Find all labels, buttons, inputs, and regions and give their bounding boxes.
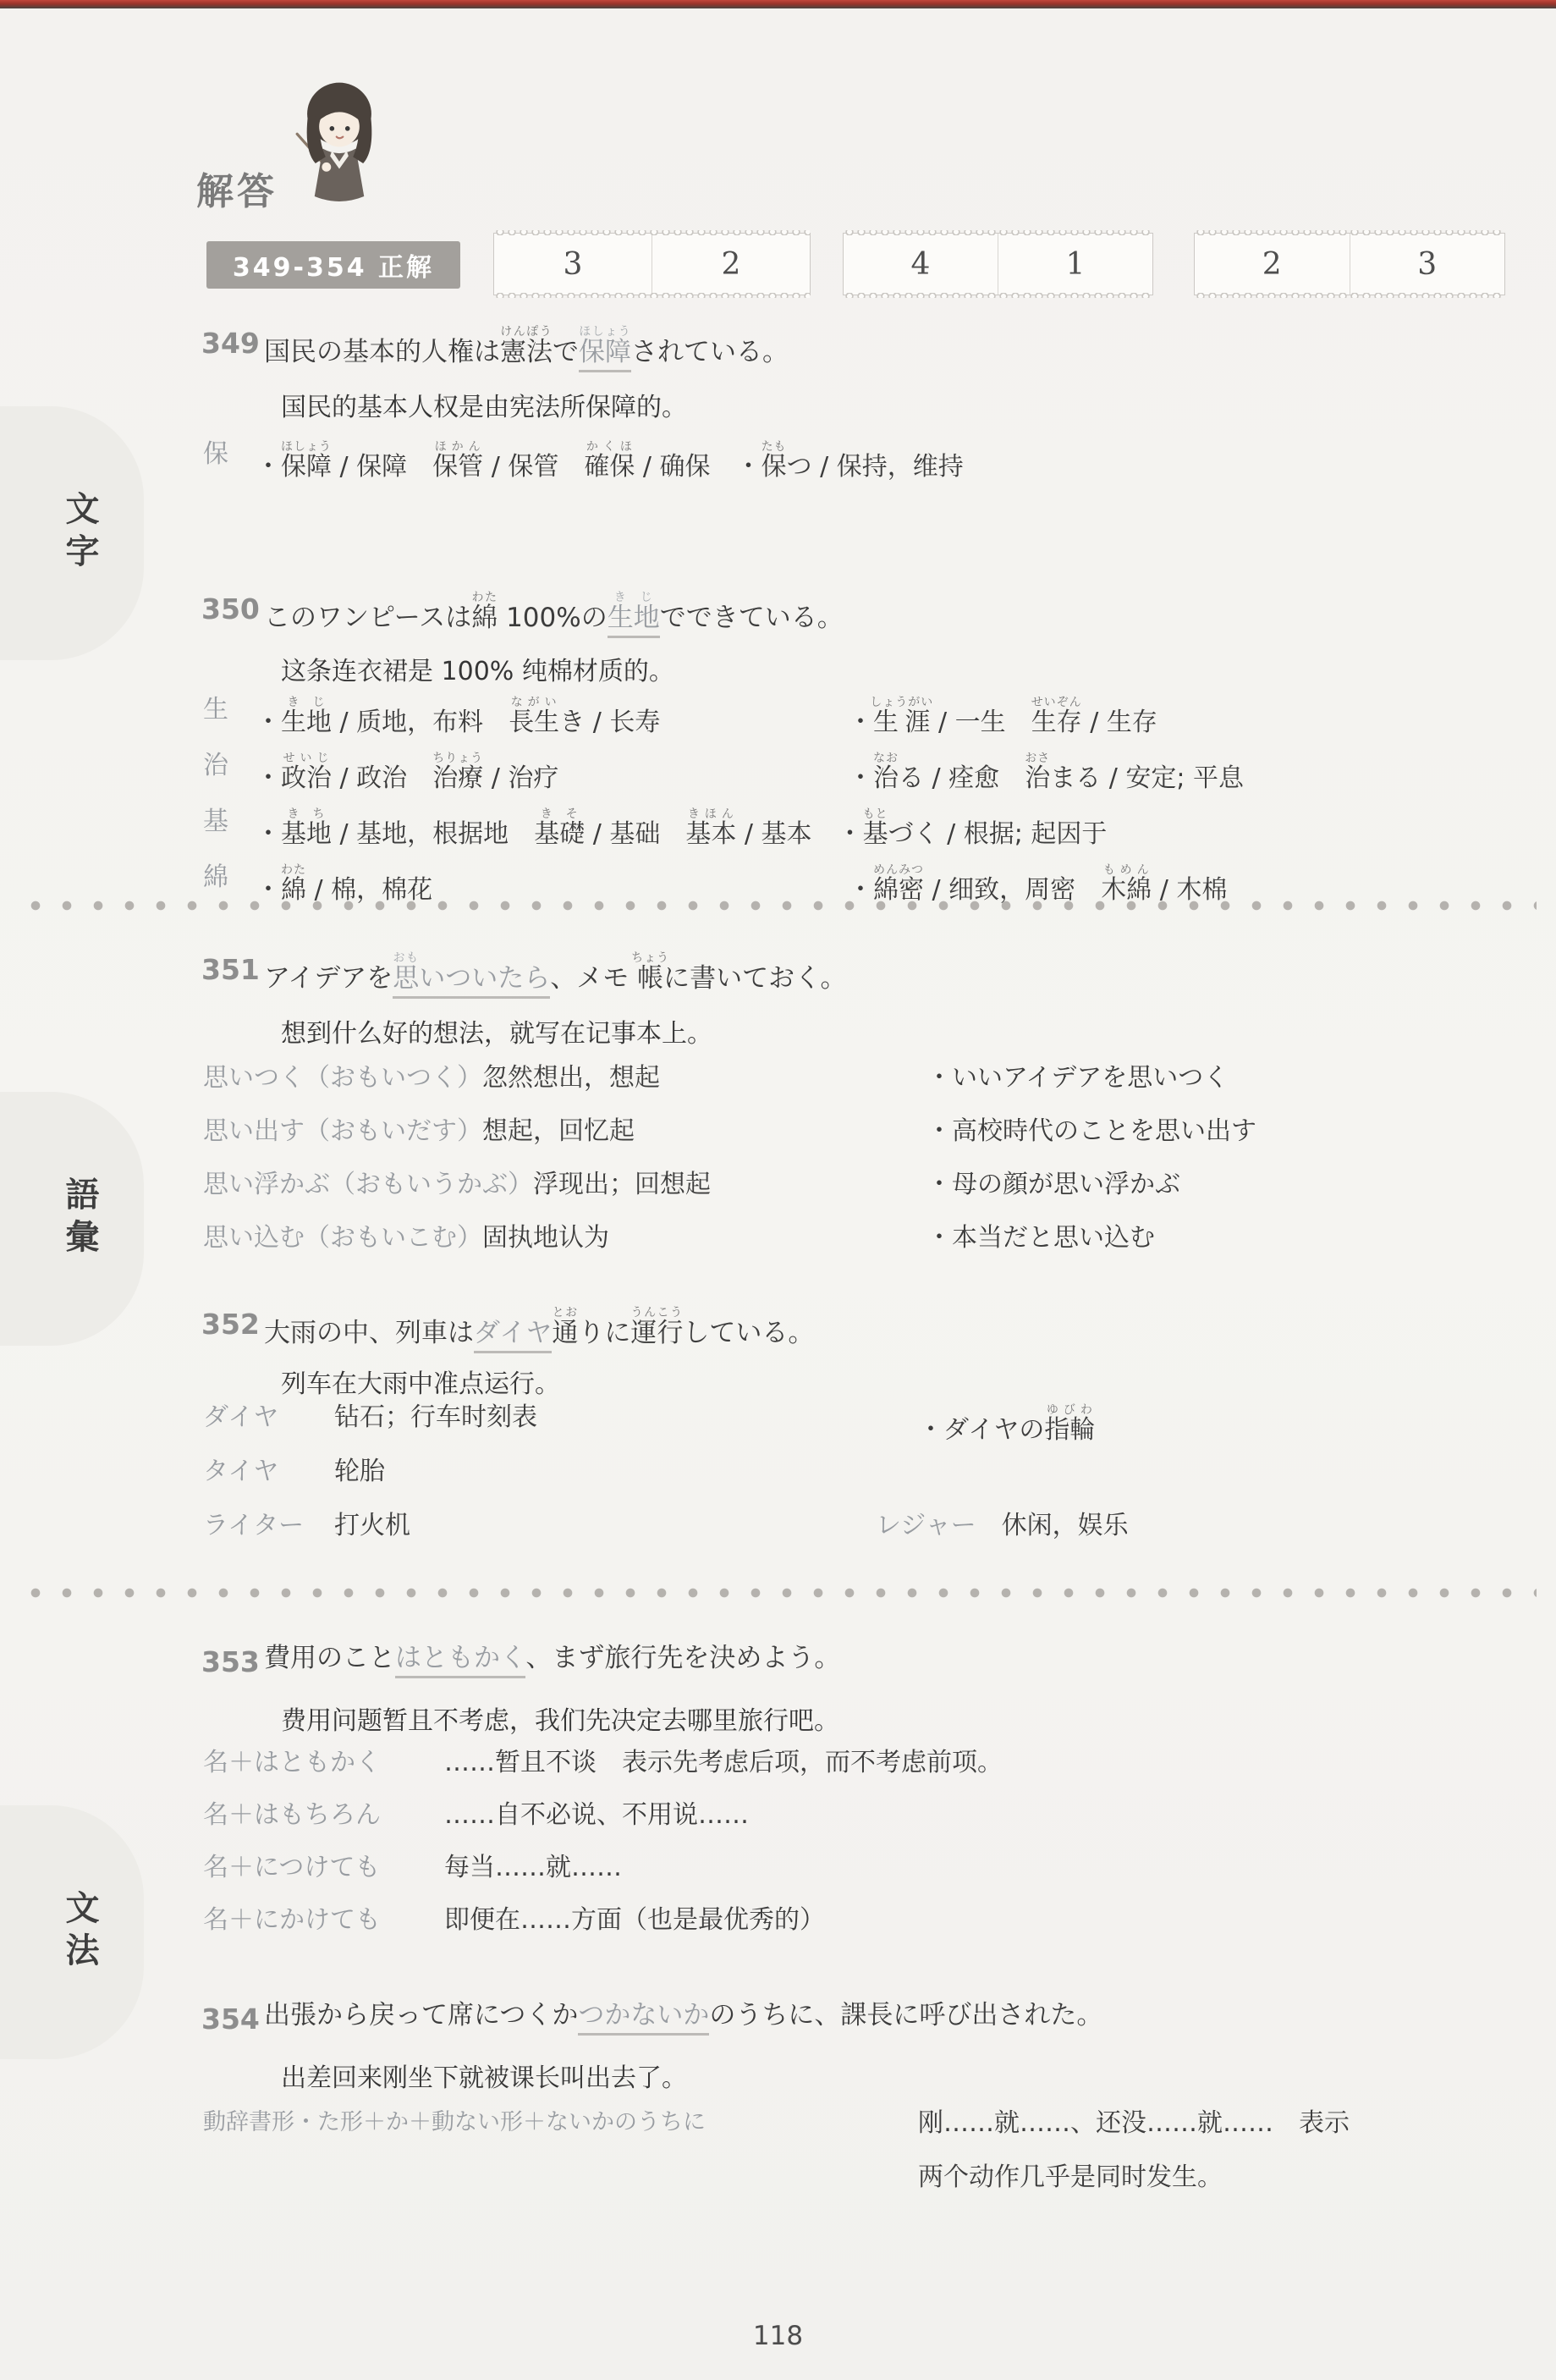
text-segment: りに	[578, 1318, 630, 1348]
text-segment: 基地きち	[281, 819, 332, 849]
text-segment: 治なお	[873, 763, 899, 793]
text-segment: 两个动作几乎是同时发生。	[918, 2162, 1223, 2192]
row-right: ・いいアイデアを思いつく	[926, 1064, 1229, 1094]
text-segment: ・	[256, 452, 281, 482]
question-number: 349	[201, 327, 260, 360]
row-head: 生	[203, 696, 228, 725]
row-main: 钻石；行车时刻表	[334, 1403, 537, 1433]
text-segment: 休闲，娱乐	[976, 1511, 1129, 1540]
text-segment: 、メモ	[550, 963, 637, 994]
row-head: 名＋はもちろん	[203, 1801, 381, 1831]
grammar-rows: 名＋はともかく……暂且不谈 表示先考虑后项，而不考虑前项。名＋はもちろん……自不…	[0, 1749, 1556, 1959]
entry-row: ライター打火机レジャー 休闲，娱乐	[0, 1512, 1556, 1566]
dotted-separator	[20, 901, 1537, 911]
question-number: 353	[201, 1645, 260, 1678]
text-segment: 保たも	[762, 452, 787, 482]
row-right: ・本当だと思い込む	[926, 1224, 1155, 1253]
text-segment: 名＋はもちろん	[203, 1800, 381, 1830]
text-segment: のうちに、課長に呼び出された。	[709, 2000, 1102, 2030]
vocab-rows: 保・保障ほしょう / 保障 保管ほかん / 保管 確保かくほ / 确保 ・保たも…	[0, 440, 1556, 494]
question-sentence-jp: 国民の基本的人権は憲法けんぽうで保障ほしょうされている。	[264, 325, 789, 368]
question-number: 354	[201, 2003, 260, 2036]
answer-box-pair: 4 1	[843, 233, 1153, 295]
text-segment: つ / 保持，维持	[787, 452, 964, 482]
text-segment: まる / 安定; 平息	[1050, 763, 1244, 793]
text-segment: ・	[256, 763, 281, 793]
text-segment: ・本当だと思い込む	[926, 1223, 1155, 1253]
dotted-separator	[20, 1588, 1537, 1598]
text-segment: されている。	[631, 337, 789, 367]
text-segment: 基もと	[863, 819, 888, 849]
text-segment: このワンピースは	[264, 603, 471, 633]
answer-cell: 3	[494, 234, 652, 295]
text-segment: ……自不必说、不用说……	[444, 1800, 749, 1830]
row-main: 轮胎	[334, 1457, 385, 1487]
entry-row: 思い込む（おもいこむ）固执地认为・本当だと思い込む	[0, 1224, 1556, 1277]
row-head: 治	[203, 752, 228, 781]
grammar-rows: 動辞書形・た形＋か＋動ない形＋ないかのうちに刚……就……、还没……就…… 表示两…	[0, 2109, 1556, 2217]
row-main: 思いつく（おもいつく）忽然想出，想起	[203, 1064, 660, 1094]
row-head: 動辞書形・た形＋か＋動ない形＋ないかのうちに	[203, 2109, 706, 2135]
text-segment: 長生ながい	[509, 708, 559, 737]
text-segment: ・いいアイデアを思いつく	[926, 1063, 1229, 1093]
row-head: 保	[203, 440, 228, 470]
text-segment: / 保障	[332, 452, 432, 482]
text-segment: ・ダイヤの	[918, 1415, 1044, 1445]
text-segment: で	[553, 337, 579, 367]
entry-row: 生・生地きじ / 质地，布料 長生ながいき / 长寿・生涯しょうがい / 一生 …	[0, 696, 1556, 752]
text-segment: 基	[203, 807, 228, 836]
entry-row: 動辞書形・た形＋か＋動ない形＋ないかのうちに刚……就……、还没……就…… 表示	[0, 2109, 1556, 2163]
text-segment: 保障ほしょう	[281, 452, 332, 482]
text-segment: 浮现出；回想起	[533, 1170, 711, 1199]
entry-row: 名＋はともかく……暂且不谈 表示先考虑后项，而不考虑前项。	[0, 1749, 1556, 1801]
text-segment: 保管ほかん	[432, 452, 483, 482]
answer-cell: 2	[1195, 234, 1350, 295]
text-segment: ライター	[203, 1511, 304, 1540]
entry-row: 名＋にかけても即便在……方面（也是最优秀的）	[0, 1906, 1556, 1959]
text-segment: に書いておく。	[663, 963, 846, 994]
text-segment: ・母の顔が思い浮かぶ	[926, 1170, 1180, 1199]
question-sentence-jp: 大雨の中、列車はダイヤ通とおりに運行うんこうしている。	[264, 1306, 814, 1349]
row-right: ・高校時代のことを思い出す	[926, 1117, 1256, 1147]
question-translation-cn: 想到什么好的想法，就写在记事本上。	[281, 1012, 712, 1050]
row-right: レジャー 休闲，娱乐	[876, 1512, 1129, 1541]
text-segment: 帳ちょう	[637, 963, 663, 994]
row-head: 基	[203, 807, 228, 837]
text-segment: / 生存	[1082, 708, 1157, 737]
entry-row: 保・保障ほしょう / 保障 保管ほかん / 保管 確保かくほ / 确保 ・保たも…	[0, 440, 1556, 494]
answer-page: 文字 語彙 文法 解答 349-354 正解 3 2 4 1 2 3 349 国…	[0, 0, 1556, 2380]
text-segment: 每当……就……	[444, 1853, 622, 1882]
page-title: 解答	[196, 161, 278, 215]
text-segment: 治	[203, 751, 228, 780]
row-right: ・ダイヤの指輪ゆびわ	[918, 1403, 1095, 1446]
answer-cell: 1	[998, 234, 1152, 295]
row-head: ライター	[203, 1512, 304, 1541]
text-segment: 動辞書形・た形＋か＋動ない形＋ないかのうちに	[203, 2109, 706, 2135]
answer-word: 保障ほしょう	[579, 337, 631, 372]
row-main: 每当……就……	[444, 1854, 622, 1883]
text-segment: 保	[203, 439, 228, 469]
text-segment: 轮胎	[334, 1457, 385, 1486]
question-translation-cn: 列车在大雨中准点运行。	[281, 1363, 560, 1400]
text-segment: 生地きじ	[281, 708, 332, 737]
answer-word: 思おも	[393, 963, 419, 999]
row-main: ・基地きち / 基地，根据地 基礎きそ / 基础 基本きほん / 基本 ・基もと…	[256, 807, 1107, 850]
text-segment: 治おさ	[1025, 763, 1050, 793]
text-segment: 確保かくほ	[584, 452, 635, 482]
teacher-girl-illustration	[284, 73, 394, 221]
answer-range-badge: 349-354 正解	[206, 241, 460, 289]
entry-row: 两个动作几乎是同时发生。	[0, 2163, 1556, 2217]
answer-word: ダイヤ	[474, 1318, 552, 1353]
text-segment: 固执地认为	[482, 1223, 609, 1253]
row-right: ・母の顔が思い浮かぶ	[926, 1171, 1180, 1200]
entry-row: 綿・綿わた / 棉，棉花・綿密めんみつ / 细致，周密 木綿もめん / 木棉	[0, 863, 1556, 919]
text-segment: 出張から戻って席につくか	[264, 2000, 578, 2030]
text-segment: 名＋にかけても	[203, 1905, 381, 1935]
row-head: タイヤ	[203, 1457, 278, 1487]
question-translation-cn: 国民的基本人权是由宪法所保障的。	[281, 386, 687, 423]
text-segment: タイヤ	[203, 1457, 278, 1486]
text-segment: / 确保 ・	[635, 452, 761, 482]
text-segment: / 质地，布料	[332, 708, 509, 737]
answer-word: はともかく	[395, 1643, 525, 1678]
text-segment: 思いつく（おもいつく）	[203, 1063, 482, 1093]
text-segment: 大雨の中、列車は	[264, 1318, 474, 1348]
entry-row: ダイヤ钻石；行车时刻表・ダイヤの指輪ゆびわ	[0, 1403, 1556, 1457]
row-main: ・綿わた / 棉，棉花	[256, 863, 432, 906]
text-segment: アイデアを	[264, 963, 393, 994]
row-main: ・保障ほしょう / 保障 保管ほかん / 保管 確保かくほ / 确保 ・保たもつ…	[256, 440, 964, 482]
page-number: 118	[0, 2321, 1556, 2351]
text-segment: 費用のこと	[264, 1643, 395, 1673]
question-translation-cn: 费用问题暂且不考虑，我们先决定去哪里旅行吧。	[281, 1700, 839, 1737]
row-right: ・生涯しょうがい / 一生 生存せいぞん / 生存	[848, 696, 1157, 738]
text-segment: 忽然想出，想起	[482, 1063, 660, 1093]
question-translation-cn: 出差回来刚坐下就被课长叫出去了。	[281, 2057, 687, 2094]
text-segment: 基礎きそ	[534, 819, 585, 849]
text-segment: でできている。	[660, 603, 844, 633]
row-right: 两个动作几乎是同时发生。	[918, 2163, 1223, 2193]
row-main: ・生地きじ / 质地，布料 長生ながいき / 长寿	[256, 696, 660, 738]
row-main: 即便在……方面（也是最优秀的）	[444, 1906, 825, 1936]
text-segment: る / 痊愈	[899, 763, 1025, 793]
text-segment: 刚……就……、还没……就…… 表示	[918, 2108, 1350, 2138]
answer-box-pair: 3 2	[493, 233, 811, 295]
text-segment: 想起，回忆起	[482, 1116, 635, 1146]
row-main: 打火机	[334, 1512, 410, 1541]
answer-word: つかないか	[578, 2000, 709, 2036]
row-main: ……自不必说、不用说……	[444, 1801, 749, 1831]
row-main: 思い出す（おもいだす）想起，回忆起	[203, 1117, 635, 1147]
text-segment: 通とお	[552, 1318, 578, 1348]
row-right: 刚……就……、还没……就…… 表示	[918, 2109, 1350, 2139]
text-segment: 国民の基本的人権は	[264, 337, 500, 367]
answer-cell: 2	[652, 234, 810, 295]
row-main: ・政治せいじ / 政治 治療ちりょう / 治疗	[256, 752, 558, 794]
text-segment: 生存せいぞん	[1031, 708, 1082, 737]
text-segment: / 政治	[332, 763, 432, 793]
text-segment: / 保管	[483, 452, 584, 482]
text-segment: 憲法けんぽう	[500, 337, 553, 367]
text-segment: 钻石；行车时刻表	[334, 1402, 537, 1432]
entry-row: 名＋はもちろん……自不必说、不用说……	[0, 1801, 1556, 1854]
row-head: 綿	[203, 863, 228, 893]
answer-word: 生地きじ	[608, 603, 660, 638]
row-right: ・治なおる / 痊愈 治おさまる / 安定; 平息	[848, 752, 1244, 794]
text-segment: 綿わた	[471, 603, 498, 633]
vocab-rows: ダイヤ钻石；行车时刻表・ダイヤの指輪ゆびわタイヤ轮胎ライター打火机レジャー 休闲…	[0, 1403, 1556, 1566]
question-translation-cn: 这条连衣裙是 100% 纯棉材质的。	[281, 650, 674, 687]
text-segment: き / 长寿	[559, 708, 660, 737]
entry-row: 名＋につけても每当……就……	[0, 1854, 1556, 1906]
answer-cell: 4	[844, 234, 998, 295]
text-segment: 打火机	[334, 1511, 410, 1540]
answer-word: いついたら	[419, 963, 550, 999]
question-number: 350	[201, 592, 260, 625]
text-segment: 即便在……方面（也是最优秀的）	[444, 1905, 825, 1935]
entry-row: タイヤ轮胎	[0, 1457, 1556, 1512]
entry-row: 思い浮かぶ（おもいうかぶ）浮现出；回想起・母の顔が思い浮かぶ	[0, 1171, 1556, 1224]
vocab-rows: 生・生地きじ / 质地，布料 長生ながいき / 长寿・生涯しょうがい / 一生 …	[0, 696, 1556, 919]
answer-box-pair: 2 3	[1194, 233, 1505, 295]
row-head: 名＋につけても	[203, 1854, 380, 1883]
text-segment: 運行うんこう	[630, 1318, 683, 1348]
sidebar-tab-label: 文字	[56, 491, 104, 576]
text-segment: ・	[848, 763, 873, 793]
text-segment: / 治疗	[483, 763, 558, 793]
entry-row: 基・基地きち / 基地，根据地 基礎きそ / 基础 基本きほん / 基本 ・基も…	[0, 807, 1556, 863]
vocab-rows: 思いつく（おもいつく）忽然想出，想起・いいアイデアを思いつく思い出す（おもいだす…	[0, 1064, 1556, 1277]
row-head: 名＋はともかく	[203, 1749, 381, 1778]
row-head: ダイヤ	[203, 1403, 278, 1433]
text-segment: ・	[256, 708, 281, 737]
question-sentence-jp: このワンピースは綿わた 100%の生地きじでできている。	[264, 591, 844, 634]
text-segment: 指輪ゆびわ	[1044, 1415, 1095, 1445]
question-number: 352	[201, 1308, 260, 1341]
text-segment: ・	[256, 819, 281, 849]
text-segment: 政治せいじ	[281, 763, 332, 793]
entry-row: 治・政治せいじ / 政治 治療ちりょう / 治疗・治なおる / 痊愈 治おさまる…	[0, 752, 1556, 807]
top-red-bar	[0, 0, 1556, 8]
text-segment: ・高校時代のことを思い出す	[926, 1116, 1256, 1146]
text-segment: ……暂且不谈 表示先考虑后项，而不考虑前项。	[444, 1748, 1003, 1777]
answer-cell: 3	[1350, 234, 1505, 295]
question-sentence-jp: アイデアを思おもいついたら、メモ 帳ちょうに書いておく。	[264, 951, 846, 994]
row-main: 思い込む（おもいこむ）固执地认为	[203, 1224, 609, 1253]
text-segment: レジャー	[876, 1511, 976, 1540]
text-segment: 、まず旅行先を決めよう。	[525, 1643, 840, 1673]
entry-row: 思い出す（おもいだす）想起，回忆起・高校時代のことを思い出す	[0, 1117, 1556, 1171]
text-segment: / 基础	[585, 819, 685, 849]
text-segment: / 基本 ・	[736, 819, 862, 849]
row-right: ・綿密めんみつ / 细致，周密 木綿もめん / 木棉	[848, 863, 1227, 906]
text-segment: 思い浮かぶ（おもいうかぶ）	[203, 1170, 533, 1199]
text-segment: 生	[203, 695, 228, 724]
text-segment: ダイヤ	[203, 1402, 278, 1432]
text-segment: 生涯しょうがい	[873, 708, 931, 737]
text-segment: 思い込む（おもいこむ）	[203, 1223, 482, 1253]
row-main: ……暂且不谈 表示先考虑后项，而不考虑前项。	[444, 1749, 1003, 1778]
text-segment: 100%の	[498, 603, 607, 633]
question-sentence-jp: 出張から戻って席につくかつかないかのうちに、課長に呼び出された。	[264, 2001, 1102, 2031]
text-segment: 治療ちりょう	[432, 763, 483, 793]
text-segment: 名＋はともかく	[203, 1748, 381, 1777]
text-segment: 基本きほん	[685, 819, 736, 849]
text-segment: 名＋につけても	[203, 1853, 380, 1882]
question-number: 351	[201, 953, 260, 986]
text-segment: / 基地，根据地	[332, 819, 534, 849]
text-segment: している。	[683, 1318, 814, 1348]
text-segment: 思い出す（おもいだす）	[203, 1116, 482, 1146]
text-segment: 綿	[203, 862, 228, 892]
entry-row: 思いつく（おもいつく）忽然想出，想起・いいアイデアを思いつく	[0, 1064, 1556, 1117]
text-segment: / 一生	[931, 708, 1031, 737]
row-head: 名＋にかけても	[203, 1906, 381, 1936]
row-main: 思い浮かぶ（おもいうかぶ）浮现出；回想起	[203, 1171, 711, 1200]
text-segment: づく / 根据; 起因于	[888, 819, 1108, 849]
question-sentence-jp: 費用のことはともかく、まず旅行先を決めよう。	[264, 1644, 840, 1674]
